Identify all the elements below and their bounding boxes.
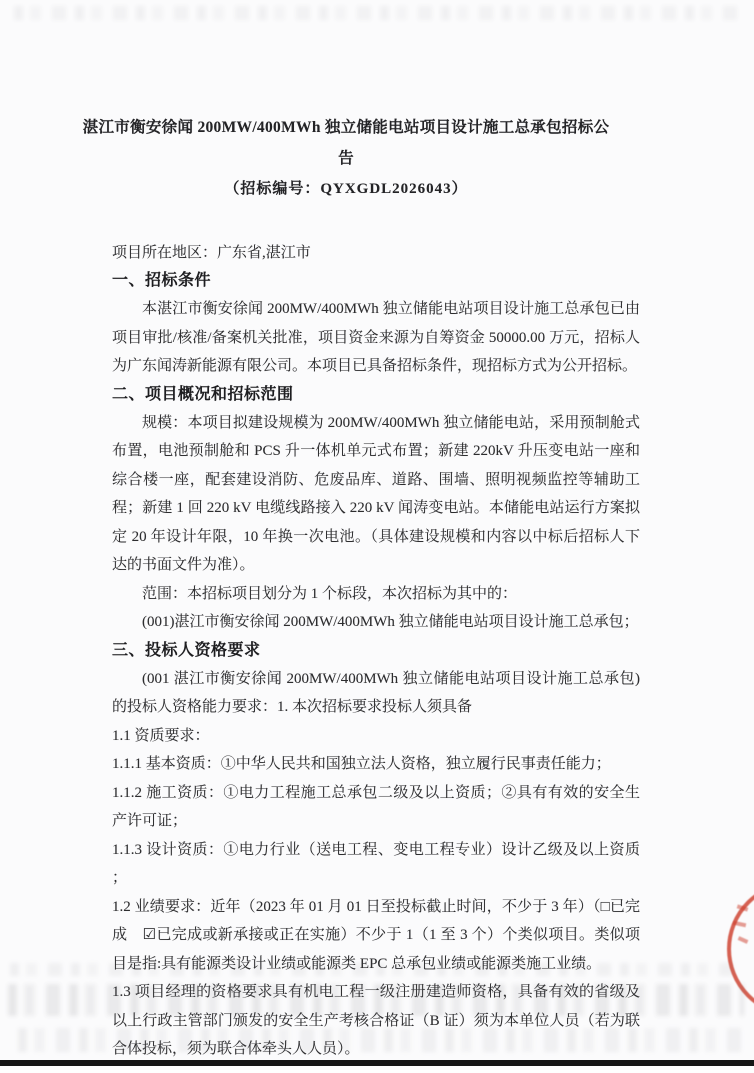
section-heading-project-overview: 二、项目概况和招标范围 <box>112 381 640 409</box>
para-1-1-3-design-qualification: 1.1.3 设计资质：①电力行业（送电工程、变电工程专业）设计乙级及以上资质 ； <box>112 836 640 893</box>
para-1-1-2-construction-qualification: 1.1.2 施工资质：①电力工程施工总承包二级及以上资质；②具有有效的安全生产许… <box>112 779 640 836</box>
document-title: 湛江市衡安徐闻 200MW/400MWh 独立储能电站项目设计施工总承包招标公告 <box>82 112 610 174</box>
section-heading-tender-conditions: 一、招标条件 <box>112 267 640 295</box>
para-project-scale: 规模：本项目拟建设规模为 200MW/400MWh 独立储能电站，采用预制舱式布… <box>112 409 640 580</box>
bleed-through-ghost-text <box>18 1028 746 1052</box>
tender-number: （招标编号：QYXGDL2026043） <box>82 174 610 205</box>
para-scope-intro: 范围：本招标项目划分为 1 个标段，本次招标为其中的： <box>112 580 640 609</box>
para-1-1-1-basic-qualification: 1.1.1 基本资质：①中华人民共和国独立法人资格，独立履行民事责任能力； <box>112 750 640 779</box>
section-heading-bidder-qualifications: 三、投标人资格要求 <box>112 637 640 665</box>
bleed-through-ghost-text <box>8 984 744 1016</box>
document-body: 湛江市衡安徐闻 200MW/400MWh 独立储能电站项目设计施工总承包招标公告… <box>0 0 754 1064</box>
project-location-line: 项目所在地区：广东省,湛江市 <box>112 239 640 267</box>
scanned-document-page: 湛江市衡安徐闻 200MW/400MWh 独立储能电站项目设计施工总承包招标公告… <box>0 0 754 1073</box>
para-lot-001: (001)湛江市衡安徐闻 200MW/400MWh 独立储能电站项目设计施工总承… <box>112 608 640 637</box>
title-block: 湛江市衡安徐闻 200MW/400MWh 独立储能电站项目设计施工总承包招标公告… <box>82 112 610 205</box>
scanner-bottom-white-strip <box>0 1066 754 1073</box>
para-1-1-qualification-requirements: 1.1 资质要求： <box>112 722 640 751</box>
para-qualification-intro: (001 湛江市衡安徐闻 200MW/400MWh 独立储能电站项目设计施工总承… <box>112 665 640 722</box>
para-tender-conditions: 本湛江市衡安徐闻 200MW/400MWh 独立储能电站项目设计施工总承包已由项… <box>112 295 640 381</box>
bleed-through-ghost-text <box>10 963 740 976</box>
